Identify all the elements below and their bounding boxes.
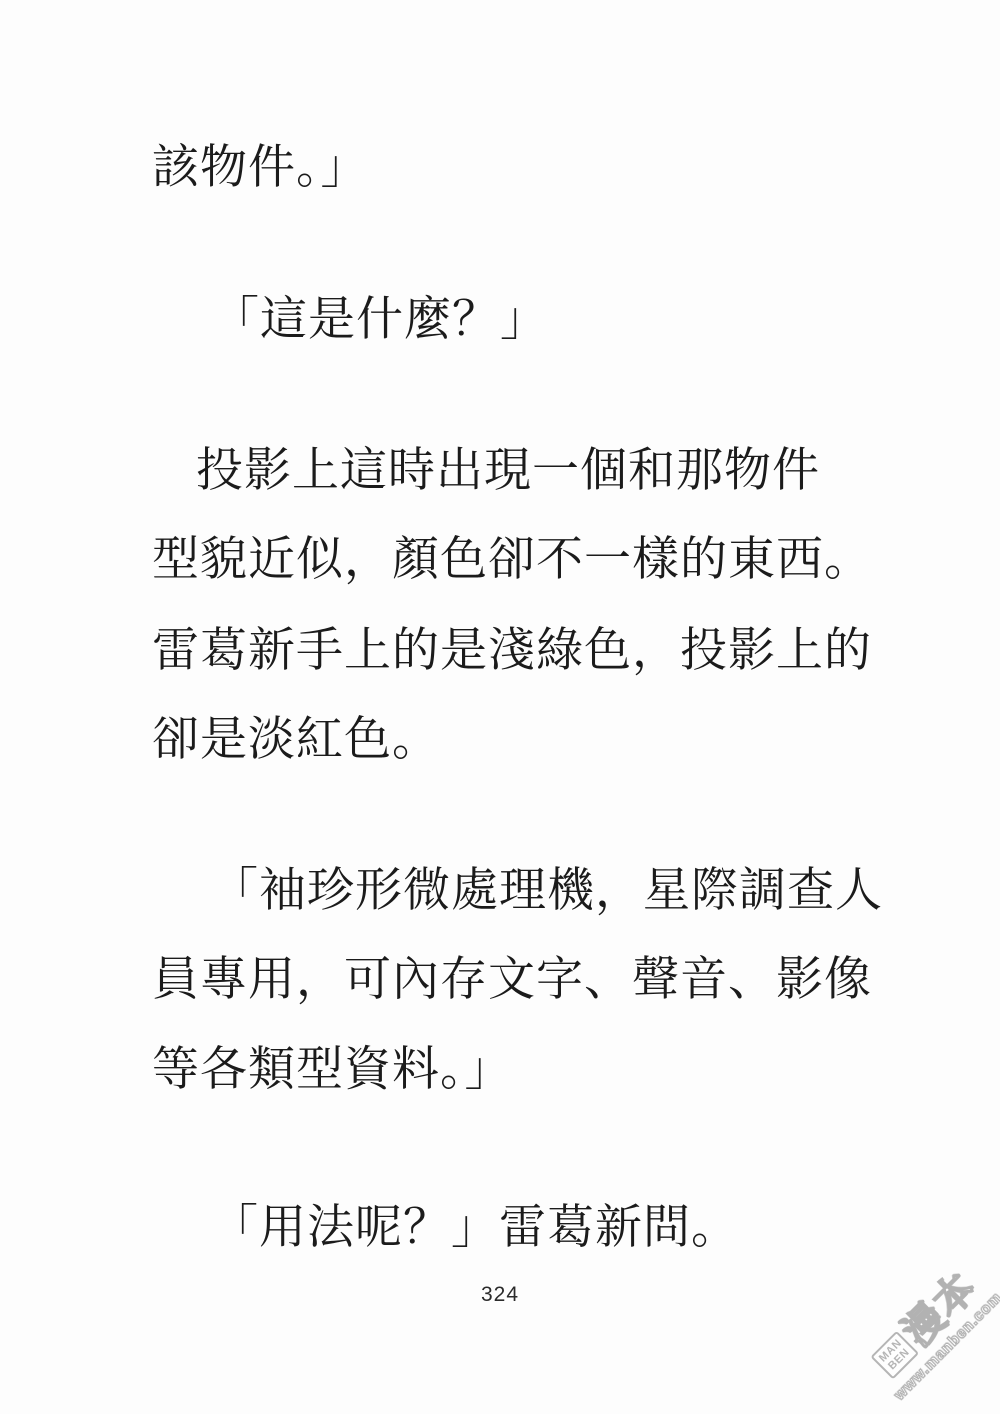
watermark-logo-icon: MAN BEN 漫本 www.manben.com xyxy=(860,1258,1000,1403)
text-line: 雷葛新手上的是淺綠色，投影上的 xyxy=(152,623,872,677)
watermark-logo-box: MAN BEN xyxy=(870,1330,918,1378)
text-line: 型貌近似，顏色卻不一樣的東西。 xyxy=(152,532,872,586)
text-line: 員專用，可內存文字、聲音、影像 xyxy=(152,952,872,1006)
text-line: 「這是什麼？」 xyxy=(212,292,548,346)
watermark-cjk-text: 漫本 xyxy=(896,1265,984,1353)
watermark: MAN BEN 漫本 www.manben.com xyxy=(845,1243,1000,1414)
text-line: 卻是淡紅色。 xyxy=(152,712,440,766)
text-line: 該物件。」 xyxy=(152,140,369,194)
book-page: 該物件。」 「這是什麼？」 投影上這時出現一個和那物件 型貌近似，顏色卻不一樣的… xyxy=(0,0,1000,1414)
text-line: 「用法呢？」雷葛新問。 xyxy=(211,1200,739,1254)
text-line: 投影上這時出現一個和那物件 xyxy=(196,443,820,497)
page-number: 324 xyxy=(0,1283,1000,1307)
text-line: 等各類型資料。」 xyxy=(152,1042,513,1096)
text-line: 「袖珍形微處理機，星際調查人 xyxy=(211,863,883,917)
watermark-logo-text-top: MAN xyxy=(876,1337,903,1364)
watermark-logo-text-bottom: BEN xyxy=(885,1345,912,1372)
